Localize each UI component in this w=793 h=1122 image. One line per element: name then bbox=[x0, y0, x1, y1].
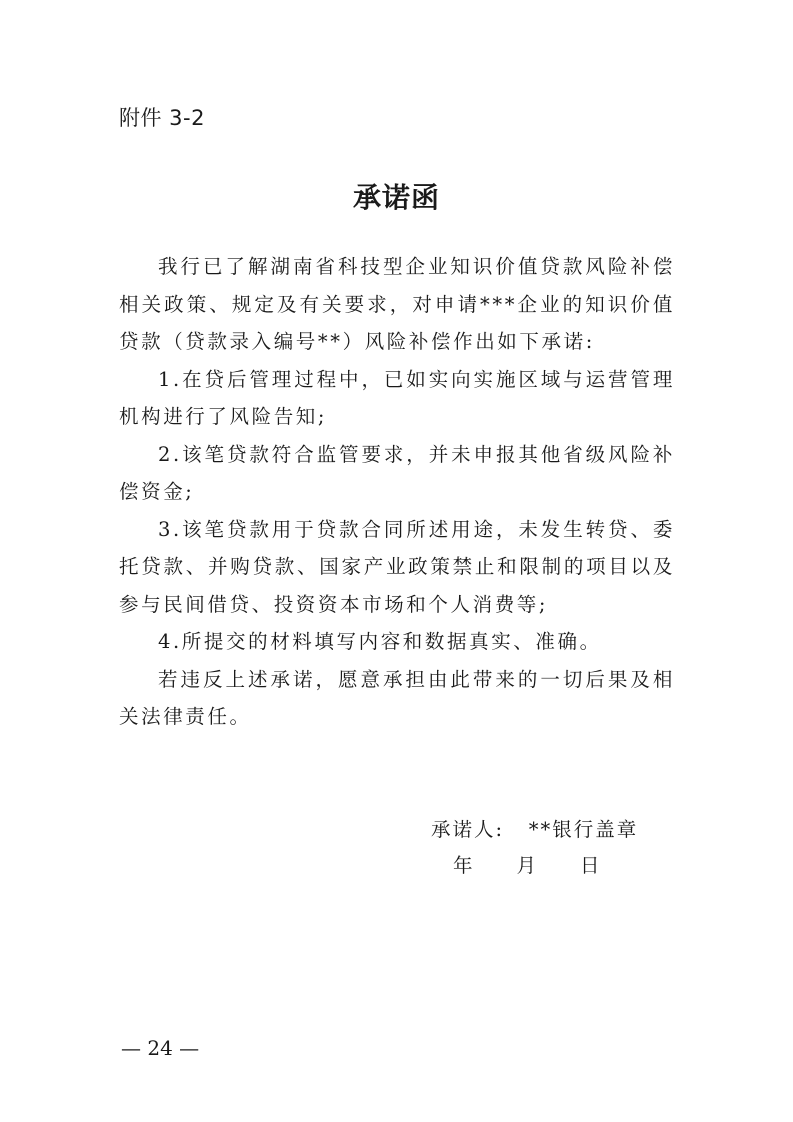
signatory-label: 承诺人: bbox=[431, 818, 504, 841]
commitment-item-2: 2.该笔贷款符合监管要求，并未申报其他省级风险补偿资金; bbox=[119, 436, 675, 511]
date-year: 年 bbox=[453, 848, 475, 884]
commitment-item-1: 1.在贷后管理过程中，已如实向实施区域与运营管理机构进行了风险告知; bbox=[119, 361, 675, 436]
intro-paragraph: 我行已了解湖南省科技型企业知识价值贷款风险补偿相关政策、规定及有关要求，对申请*… bbox=[119, 248, 675, 361]
attachment-label: 附件 3-2 bbox=[119, 102, 205, 132]
document-body: 我行已了解湖南省科技型企业知识价值贷款风险补偿相关政策、规定及有关要求，对申请*… bbox=[119, 248, 675, 736]
page-number: — 24 — bbox=[121, 1036, 199, 1060]
date-day: 日 bbox=[580, 848, 602, 884]
closing-paragraph: 若违反上述承诺，愿意承担由此带来的一切后果及相关法律责任。 bbox=[119, 661, 675, 736]
document-title: 承诺函 bbox=[0, 176, 793, 216]
commitment-item-3: 3.该笔贷款用于贷款合同所述用途，未发生转贷、委托贷款、并购贷款、国家产业政策禁… bbox=[119, 511, 675, 624]
signature-line: 承诺人: **银行盖章 bbox=[431, 812, 638, 848]
date-line: 年月日 bbox=[431, 848, 638, 884]
signature-block: 承诺人: **银行盖章 年月日 bbox=[431, 812, 638, 884]
document-page: 附件 3-2 承诺函 我行已了解湖南省科技型企业知识价值贷款风险补偿相关政策、规… bbox=[0, 0, 793, 1122]
date-month: 月 bbox=[517, 848, 539, 884]
commitment-item-4: 4.所提交的材料填写内容和数据真实、准确。 bbox=[119, 623, 675, 661]
signatory-value: **银行盖章 bbox=[529, 818, 639, 841]
